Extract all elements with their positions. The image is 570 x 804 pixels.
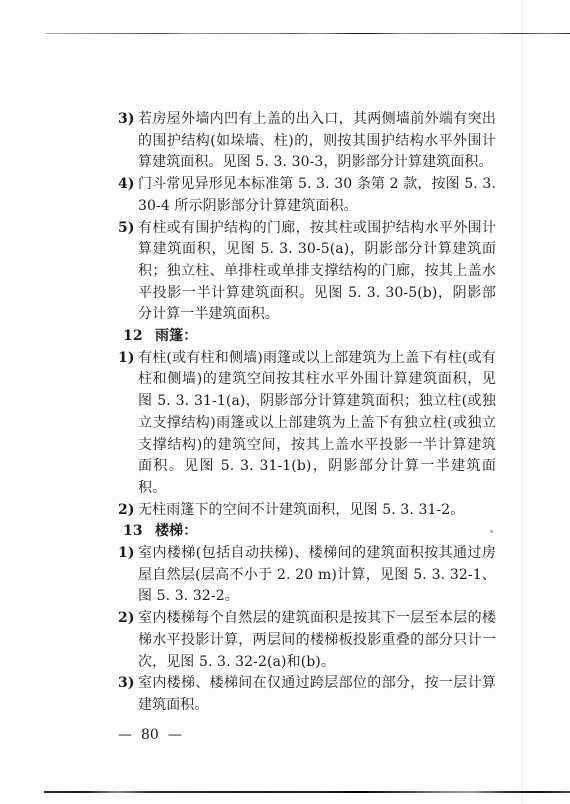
- item-number: 1): [118, 543, 138, 608]
- item-number: 2): [118, 608, 138, 673]
- page-number-value: 80: [141, 726, 159, 744]
- item-text: 室内楼梯每个自然层的建筑面积是按其下一层至本层的楼梯水平投影计算，两层间的楼梯板…: [138, 608, 496, 673]
- item-number: 3): [118, 109, 138, 174]
- item-text: 有柱(或有柱和侧墙)雨篷或以上部建筑为上盖下有柱(或有柱和侧墙)的建筑空间按其柱…: [138, 348, 496, 500]
- list-item: 3) 若房屋外墙内凹有上盖的出入口，其两侧墙前外端有突出的围护结构(如垛墙、柱)…: [118, 109, 496, 174]
- section-heading-12: 12 雨篷：: [118, 326, 496, 348]
- list-item: 1) 有柱(或有柱和侧墙)雨篷或以上部建筑为上盖下有柱(或有柱和侧墙)的建筑空间…: [118, 348, 496, 500]
- page-top-scan-line: [46, 33, 570, 34]
- item-text: 室内楼梯、楼梯间在仅通过跨层部位的部分，按一层计算建筑面积。: [138, 673, 496, 716]
- item-text: 室内楼梯(包括自动扶梯)、楼梯间的建筑面积按其通过房屋自然层(层高不小于 2. …: [138, 543, 496, 608]
- item-number: 4): [118, 174, 138, 217]
- scan-speck: [490, 530, 493, 533]
- item-number: 1): [118, 348, 138, 500]
- item-text: 有柱或有围护结构的门廊，按其柱或围护结构水平外围计算建筑面积，见图 5. 3. …: [138, 218, 496, 327]
- footer-dash-left: —: [118, 726, 132, 744]
- scanned-page: 3) 若房屋外墙内凹有上盖的出入口，其两侧墙前外端有突出的围护结构(如垛墙、柱)…: [0, 0, 570, 804]
- section-heading-13: 13 楼梯：: [118, 521, 496, 543]
- item-text: 门斗常见异形见本标准第 5. 3. 30 条第 2 款，按图 5. 3. 30-…: [138, 174, 496, 217]
- item-number: 3): [118, 673, 138, 716]
- list-item: 4) 门斗常见异形见本标准第 5. 3. 30 条第 2 款，按图 5. 3. …: [118, 174, 496, 217]
- item-number: 2): [118, 500, 138, 522]
- item-text: 无柱雨篷下的空间不计建筑面积，见图 5. 3. 31-2。: [138, 500, 496, 522]
- section-number: 12: [123, 326, 145, 348]
- list-item: 1) 室内楼梯(包括自动扶梯)、楼梯间的建筑面积按其通过房屋自然层(层高不小于 …: [118, 543, 496, 608]
- page-bottom-scan-line: [44, 791, 570, 793]
- body-text-column: 3) 若房屋外墙内凹有上盖的出入口，其两侧墙前外端有突出的围护结构(如垛墙、柱)…: [118, 109, 496, 717]
- item-number: 5): [118, 218, 138, 327]
- section-title: 楼梯：: [155, 521, 197, 543]
- section-title: 雨篷：: [155, 326, 197, 348]
- item-text: 若房屋外墙内凹有上盖的出入口，其两侧墙前外端有突出的围护结构(如垛墙、柱)的，则…: [138, 109, 496, 174]
- list-item: 2) 无柱雨篷下的空间不计建筑面积，见图 5. 3. 31-2。: [118, 500, 496, 522]
- list-item: 5) 有柱或有围护结构的门廊，按其柱或围护结构水平外围计算建筑面积，见图 5. …: [118, 218, 496, 327]
- list-item: 2) 室内楼梯每个自然层的建筑面积是按其下一层至本层的楼梯水平投影计算，两层间的…: [118, 608, 496, 673]
- scan-fold-streak: [521, 0, 523, 804]
- section-number: 13: [123, 521, 145, 543]
- footer-dash-right: —: [168, 726, 182, 744]
- page-number: — 80 —: [118, 726, 182, 744]
- list-item: 3) 室内楼梯、楼梯间在仅通过跨层部位的部分，按一层计算建筑面积。: [118, 673, 496, 716]
